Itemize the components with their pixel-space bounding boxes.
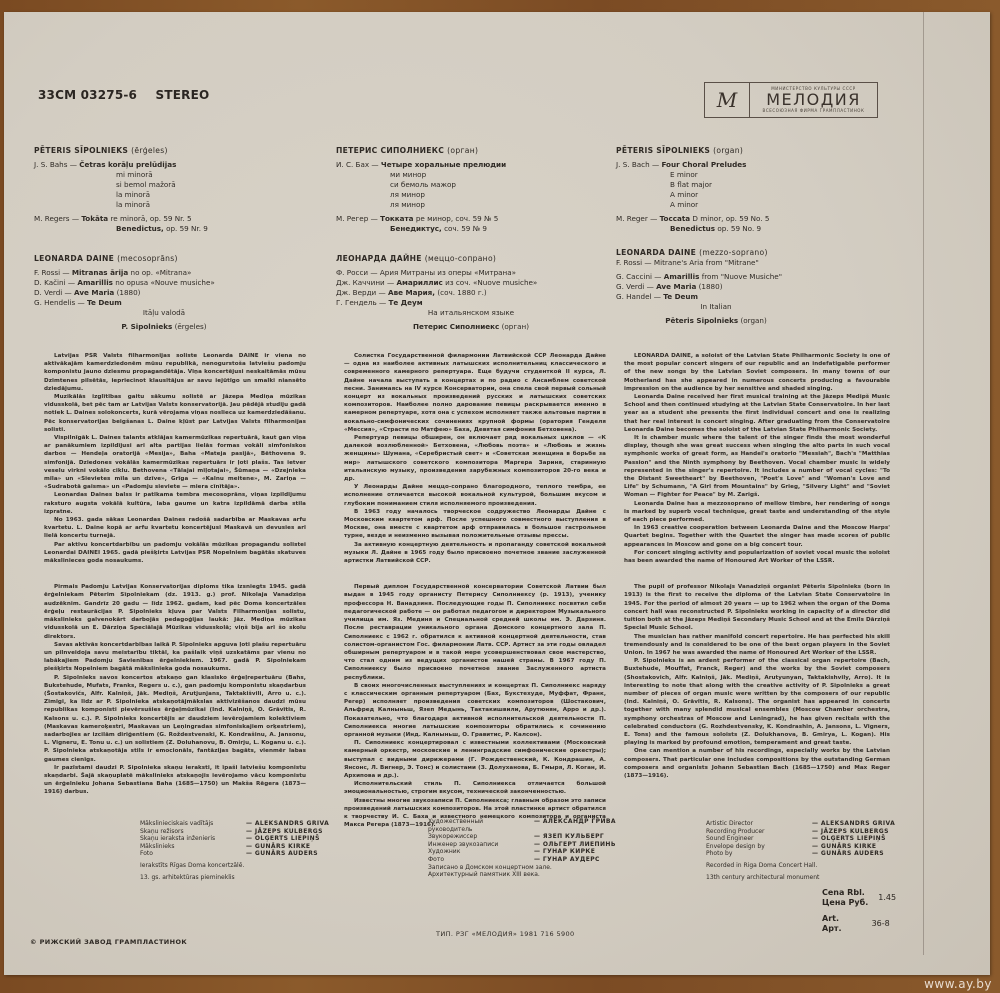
- recording-location: Ierakstīts Rīgas Doma koncertzālē.: [140, 862, 329, 870]
- singer-heading: LEONARDA DAINE (mecosoprāns): [34, 254, 294, 264]
- list-item: G. Caccini — Amarillis from "Nuove Music…: [616, 272, 896, 282]
- logo-name: МЕЛОДИЯ: [750, 92, 877, 108]
- list-item: G. Handel — Te Deum: [616, 292, 896, 302]
- list-item: F. Rossi — Mitrane's Aria from "Mitrane": [616, 258, 896, 268]
- language-note: Itāļu valodā: [34, 308, 294, 318]
- song-list: F. Rossi — Mitranas ārija no op. «Mitran…: [34, 268, 294, 308]
- reger-line: М. Регер — Токката ре минор, соч. 59 № 5: [336, 214, 606, 224]
- key-list: mi minorā si bemol mažorā la minorā la m…: [34, 170, 294, 210]
- organist-heading: PĒTERIS SĪPOLNIEKS (organ): [616, 146, 896, 156]
- accompanist: Петерис Сиполниекс (орган): [336, 322, 606, 332]
- monument-note: 13. gs. arhitektūras piemineklis: [140, 874, 329, 882]
- credit-row: Mākslinieciskais vadītājs— ALEKSANDRS GR…: [140, 820, 329, 828]
- list-item: F. Rossi — Mitranas ārija no op. «Mitran…: [34, 268, 294, 278]
- singer-heading: LEONARDA DAINE (mezzo-soprano): [616, 248, 896, 258]
- printer-label: ТИП. РЗГ «МЕЛОДИЯ» 1981 716 5900: [436, 930, 575, 938]
- reger-line: M. Regers — Tokāta re minorā, op. 59 Nr.…: [34, 214, 294, 224]
- credit-row: Skaņu režisors— JĀZEPS KULBERGS: [140, 828, 329, 836]
- record-sleeve-back: 33СМ 03275-6 STEREO М МИНИСТЕРСТВО КУЛЬТ…: [4, 12, 990, 975]
- melodiya-emblem-icon: М: [705, 83, 750, 117]
- price-value: 1.45: [878, 893, 896, 903]
- credits-russian: Художественный руководитель— АЛЕКСАНДР Г…: [428, 818, 616, 879]
- notes-latvian: Latvijas PSR Valsts filharmonijas solist…: [44, 352, 306, 797]
- price-label-ru: Цена Руб.: [822, 898, 868, 908]
- program-latvian: PĒTERIS SĪPOLNIEKS (ērģeles) J. S. Bahs …: [34, 146, 294, 332]
- watermark: www.ay.by: [924, 977, 992, 991]
- credit-row: Skaņu ieraksta inženieris— OLĢERTS LIEPI…: [140, 835, 329, 843]
- credit-row: Художественный руководитель— АЛЕКСАНДР Г…: [428, 818, 616, 833]
- list-item: Ф. Росси — Ария Митраны из оперы «Митран…: [336, 268, 606, 278]
- key-list: ми минор си бемоль мажор ля минор ля мин…: [336, 170, 606, 210]
- catalog-number: 33СМ 03275-6: [38, 88, 137, 102]
- stereo-label: STEREO: [156, 88, 210, 102]
- logo-subtitle: ВСЕСОЮЗНАЯ ФИРМА ГРАМПЛАСТИНОК: [750, 109, 877, 113]
- program-english: PĒTERIS SĪPOLNIEKS (organ) J. S. Bach — …: [616, 146, 896, 326]
- credit-row: Sound Engineer— OLĢERTS LIEPIŅŠ: [706, 835, 895, 843]
- organist-heading: ПЕТЕРИС СИПОЛНИЕКС (орган): [336, 146, 606, 156]
- melodiya-logo: М МИНИСТЕРСТВО КУЛЬТУРЫ СССР МЕЛОДИЯ ВСЕ…: [704, 82, 878, 118]
- accompanist: Pēteris Sipolnieks (organ): [616, 316, 816, 326]
- credit-row: Photo by— GUNĀRS AUDERS: [706, 850, 895, 858]
- list-item: G. Hendelis — Te Deum: [34, 298, 294, 308]
- bach-line: J. S. Bahs — Četras korāļu prelūdijas: [34, 160, 294, 170]
- language-note: На итальянском языке: [336, 308, 606, 318]
- key-list: E minor B flat major A minor A minor: [616, 170, 896, 210]
- recording-location: Записано в Домском концертном зале.: [428, 864, 616, 872]
- list-item: Дж. Верди — Аве Мария, (соч. 1880 г.): [336, 288, 606, 298]
- song-list: Ф. Росси — Ария Митраны из оперы «Митран…: [336, 268, 606, 308]
- art-value: 36-8: [872, 919, 890, 929]
- monument-note: 13th century architectural monument: [706, 874, 895, 882]
- credit-row: Звукорежиссер— ЯЗЕП КУЛЬБЕРГ: [428, 833, 616, 841]
- list-item: Дж. Каччини — Амариллис из соч. «Nuove m…: [336, 278, 606, 288]
- notes-russian: Солистка Государственной филармонии Латв…: [344, 352, 606, 829]
- list-item: Г. Гендель — Те Деум: [336, 298, 606, 308]
- credit-row: Foto— GUNĀRS AUDERS: [140, 850, 329, 858]
- price-block: Cena Rbl. Цена Руб. 1.45 Art. Арт. 36-8: [822, 888, 896, 934]
- credits-english: Artistic Director— ALEKSANDRS GRIVA Reco…: [706, 820, 895, 881]
- list-item: G. Verdi — Ave Maria (1880): [616, 282, 896, 292]
- credit-row: Envelope design by— GUNĀRS KIRKE: [706, 843, 895, 851]
- credit-row: Фото— ГУНАР АУДЕРС: [428, 856, 616, 864]
- recording-location: Recorded in Riga Doma Concert Hall.: [706, 862, 895, 870]
- accompanist: P. Sipolnieks (ērgeles): [34, 322, 294, 332]
- factory-label: © РИЖСКИЙ ЗАВОД ГРАМПЛАСТИНОК: [30, 938, 187, 946]
- reger-line: M. Reger — Toccata D minor, op. 59 No. 5: [616, 214, 896, 224]
- list-item: D. Verdi — Ave Maria (1880): [34, 288, 294, 298]
- credit-row: Recording Producer— JĀZEPS KULBERGS: [706, 828, 895, 836]
- credit-row: Художник— ГУНАР КИРКЕ: [428, 848, 616, 856]
- list-item: D. Kačini — Amarillis no opusa «Nouve mu…: [34, 278, 294, 288]
- art-label-ru: Арт.: [822, 924, 842, 934]
- notes-english: LEONARDA DAINE, a soloist of the Latvian…: [624, 352, 890, 780]
- catalog-header: 33СМ 03275-6 STEREO: [38, 88, 223, 102]
- singer-heading: ЛЕОНАРДА ДАЙНЕ (меццо-сопрано): [336, 254, 606, 264]
- language-note: In Italian: [616, 302, 816, 312]
- credits-latvian: Mākslinieciskais vadītājs— ALEKSANDRS GR…: [140, 820, 329, 881]
- price-label-lv: Cena Rbl.: [822, 888, 868, 898]
- art-label-lv: Art.: [822, 914, 842, 924]
- bach-line: J. S. Bach — Four Choral Preludes: [616, 160, 896, 170]
- credit-row: Инженер звукозаписи— ОЛЬГЕРТ ЛИЕПИНЬ: [428, 841, 616, 849]
- credit-row: Mākslinieks— GUNĀRS KIRKE: [140, 843, 329, 851]
- song-list: G. Caccini — Amarillis from "Nuove Music…: [616, 272, 896, 302]
- credit-row: Artistic Director— ALEKSANDRS GRIVA: [706, 820, 895, 828]
- bach-line: И. С. Бах — Четыре хоральные прелюдии: [336, 160, 606, 170]
- program-russian: ПЕТЕРИС СИПОЛНИЕКС (орган) И. С. Бах — Ч…: [336, 146, 606, 332]
- monument-note: Архитектурный памятник XIII века.: [428, 871, 616, 879]
- organist-heading: PĒTERIS SĪPOLNIEKS (ērģeles): [34, 146, 294, 156]
